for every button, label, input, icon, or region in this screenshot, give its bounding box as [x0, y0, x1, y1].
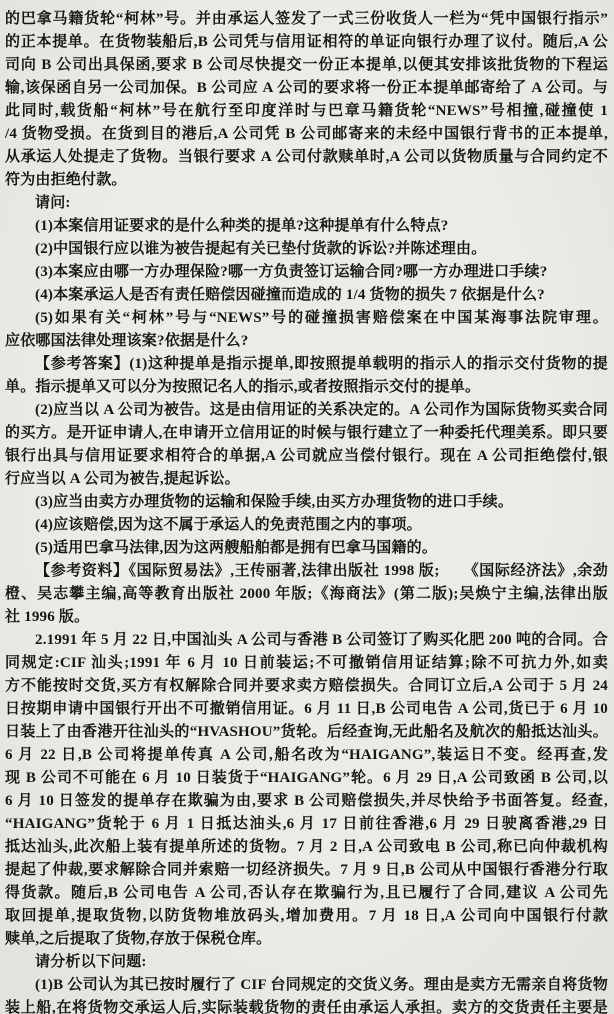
text-line: 的巴拿马籍货轮“柯林”号。并由承运人签发了一式三份收货人一栏为“凭中国银行指示”	[5, 8, 608, 31]
text-line: 日按期申请中国银行开出不可撤销信用证。6 月 11 日,B 公司电告 A 公司,…	[5, 698, 608, 721]
text-line: 橙、吴志攀主编,高等教育出版社 2000 年版;《海商法》(第二版);吴焕宁主编…	[5, 583, 608, 606]
text-line: 装上船,在将货物交承运人后,实际装载货物的责任由承运人承担。卖方的交货责任主要是	[5, 997, 608, 1014]
text-line: (3)应当由卖方办理货物的运输和保险手续,由买方办理货物的进口手续。	[5, 491, 608, 514]
text-line: 银行出具与信用证要求相符合的单据,A 公司就应当偿付银行。现在 A 公司拒绝偿付…	[5, 445, 608, 468]
text-line: (1)B 公司认为其已按时履行了 CIF 台同规定的交货义务。理由是卖方无需亲自…	[5, 974, 608, 997]
text-line: 【参考资料】《国际贸易法》,王传丽著,法律出版社 1998 版; 《国际经济法》…	[5, 560, 608, 583]
text-line: 日装上了由香港开往汕头的“HVASHOU”货轮。后经查询,无此船名及航次的船抵达…	[5, 721, 608, 744]
text-line: (3)本案应由哪一方办理保险?哪一方负责签订运输合同?哪一方办理进口手续?	[5, 261, 608, 284]
document-page: 的巴拿马籍货轮“柯林”号。并由承运人签发了一式三份收货人一栏为“凭中国银行指示”…	[0, 0, 614, 1014]
text-line: “HAIGANG”货轮于 6 月 1 日抵达油头,6 月 17 日前往香港,6 …	[5, 813, 608, 836]
text-line: (1)本案信用证要求的是什么种类的提单?这种提单有什么特点?	[5, 215, 608, 238]
text-line: 赎单,之后提取了货物,存放于保税仓库。	[5, 928, 608, 951]
text-line: (4)应该赔偿,因为这不属于承运人的免责范围之内的事项。	[5, 514, 608, 537]
text-line: 2.1991 年 5 月 22 日,中国汕头 A 公司与香港 B 公司签订了购买…	[5, 629, 608, 652]
text-line: 从承运人处提走了货物。当银行要求 A 公司付款赎单时,A 公司以货物质量与合同约…	[5, 146, 608, 169]
text-line: 行应当以 A 公司为被告,提起诉讼。	[5, 468, 608, 491]
text-line: 【参考答案】(1)这种提单是指示提单,即按照提单载明的指示人的指示交付货物的提	[5, 353, 608, 376]
text-line: 方不能按时交货,买方有权解除合同并要求卖方赔偿损失。合同订立后,A 公司于 5 …	[5, 675, 608, 698]
text-line: 司向 B 公司出具保函,要求 B 公司尽快提交一份正本提单,以便其安排该批货物的…	[5, 54, 608, 77]
text-line: 单。指示提单又可以分为按照记名人的指示,或者按照指示交付的提单。	[5, 376, 608, 399]
text-line: (5)适用巴拿马法律,因为这两艘船舶都是拥有巴拿马国籍的。	[5, 537, 608, 560]
text-line: (2)中国银行应以谁为被告提起有关已垫付货款的诉讼?并陈述理由。	[5, 238, 608, 261]
text-line: /4 货物受损。在货到目的港后,A 公司凭 B 公司邮寄来的未经中国银行背书的正…	[5, 123, 608, 146]
text-line: 请分析以下问题:	[5, 951, 608, 974]
text-line: 6 月 22 日,B 公司将提单传真 A 公司,船名改为“HAIGANG”,装运…	[5, 744, 608, 767]
text-line: (5)如果有关“柯林”号与“NEWS”号的碰撞损害赔偿案在中国某海事法院审理。	[5, 307, 608, 330]
text-line: 的买方。是开证申请人,在申请开立信用证的时候与银行建立了一种委托代理美系。即只要	[5, 422, 608, 445]
text-line: 6 月 10 日签发的提单存在欺骗为由,要求 B 公司赔偿损失,并尽快给予书面答…	[5, 790, 608, 813]
text-line: 应依哪国法律处理该案?依据是什么?	[5, 330, 608, 353]
text-line: 的正本提单。在货物装船后,B 公司凭与信用证相符的单证向银行办理了议付。随后,A…	[5, 31, 608, 54]
text-line: 抵达汕头,此次船上装有提单所述的货物。7 月 2 日,A 公司致电 B 公司,称…	[5, 836, 608, 859]
document-text-block: 的巴拿马籍货轮“柯林”号。并由承运人签发了一式三份收货人一栏为“凭中国银行指示”…	[5, 8, 608, 1014]
text-line: 请问:	[5, 192, 608, 215]
text-line: 同规定:CIF 汕头;1991 年 6 月 10 日前装运;不可撤销信用证结算;…	[5, 652, 608, 675]
text-line: (2)应当以 A 公司为被告。这是由信用证的关系决定的。A 公司作为国际货物买卖…	[5, 399, 608, 422]
text-line: 提起了仲裁,要求解除合同并索赔一切经济损失。7 月 9 日,B 公司从中国银行香…	[5, 859, 608, 882]
text-line: 得货款。随后,B 公司电告 A 公司,否认存在欺骗行为,且已履行了合同,建议 A…	[5, 882, 608, 905]
text-line: 取回提单,提取货物,以防货物堆放码头,增加费用。7 月 18 日,A 公司向中国…	[5, 905, 608, 928]
text-line: 社 1996 版。	[5, 606, 608, 629]
text-line: 现 B 公司不可能在 6 月 10 日装货于“HAIGANG”轮。6 月 29 …	[5, 767, 608, 790]
text-line: (4)本案承运人是否有责任赔偿因碰撞而造成的 1/4 货物的损失 7 依据是什么…	[5, 284, 608, 307]
text-line: 符为由拒绝付款。	[5, 169, 608, 192]
text-line: 输,该保函自另一公司加保。B 公司应 A 公司的要求将一份正本提单邮寄给了 A …	[5, 77, 608, 100]
text-line: 此同时,载货船“柯林”号在航行至印度洋时与巴章马籍货轮“NEWS”号相撞,碰撞使…	[5, 100, 608, 123]
